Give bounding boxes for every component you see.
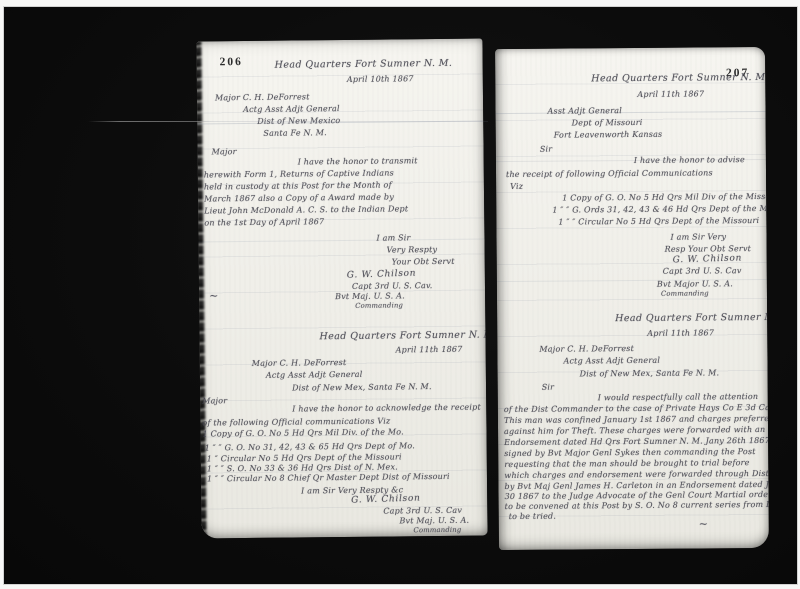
handwriting-salutation: Sir	[542, 383, 555, 392]
handwriting-date: April 11th 1867	[647, 328, 714, 338]
handwriting-closing-line: I am Sir Very	[670, 232, 726, 241]
handwriting-rank-line: Bvt Major U. S. A.	[657, 279, 733, 289]
handwriting-body-line: the receipt of following Official Commun…	[506, 168, 713, 179]
handwriting-address-line: Actg Asst Adjt General	[266, 370, 363, 380]
handwriting-heading: Head Quarters Fort Sumner N. M.	[591, 73, 769, 83]
ledger-page-right: 207 Head Quarters Fort Sumner N. M. Apri…	[495, 47, 769, 550]
handwriting-rank-line: Capt 3rd U. S. Cav	[383, 506, 462, 516]
handwriting-list-line: 1 Copy of G. O. No 5 Hd Qrs Mil Div of t…	[562, 192, 769, 203]
handwriting-body-line: signed by Bvt Major Genl Sykes then comm…	[504, 447, 756, 458]
handwriting-address-line: Actg Asst Adjt General	[563, 356, 660, 366]
handwriting-date: April 11th 1867	[396, 345, 463, 355]
ink-stray-mark: ~	[209, 291, 219, 300]
handwriting-address-line: Major C. H. DeForrest	[215, 92, 310, 102]
handwriting-closing-line: Resp Your Obt Servt	[665, 244, 752, 254]
handwriting-date: April 10th 1867	[347, 74, 414, 84]
handwriting-commanding-line: Commanding	[413, 526, 461, 536]
handwriting-address-line: Actg Asst Adjt General	[243, 104, 340, 114]
handwriting-body-line: Endorsement dated Hd Qrs Fort Sumner N. …	[504, 436, 769, 447]
handwriting-address-line: Santa Fe N. M.	[263, 128, 327, 138]
handwriting-list-line: 1 ″ ″ Circular No 8 Chief Qr Master Dept…	[207, 472, 450, 484]
handwriting-body-line: to be tried.	[509, 512, 556, 521]
handwriting-list-line: 1 ″ ″ Circular No 5 Hd Qrs Dept of the M…	[558, 216, 759, 227]
handwriting-body-line: Viz	[510, 182, 523, 191]
handwriting-body-line: of the following Official communications…	[202, 417, 390, 428]
torn-binding-edge	[196, 41, 206, 538]
handwriting-body-line: I have the honor to advise	[634, 155, 745, 165]
handwriting-body-line: I have the honor to acknowledge the rece…	[292, 403, 481, 414]
handwriting-address-line: Asst Adjt General	[547, 106, 622, 116]
handwriting-address-line: Dept of Missouri	[572, 118, 643, 128]
handwriting-body-line: on the 1st Day of April 1867	[204, 217, 324, 227]
handwriting-address-line: Major C. H. DeForrest	[252, 358, 347, 368]
ledger-page-left: 206 Head Quarters Fort Sumner N. M. Apri…	[196, 39, 487, 539]
handwriting-body-line: of the Dist Commander to the case of Pri…	[504, 403, 769, 414]
ink-squiggle-mark: ~	[699, 519, 708, 528]
handwriting-body-line: March 1867 also a Copy of a Award made b…	[204, 192, 394, 203]
handwriting-address-line: Dist of New Mex, Santa Fe N. M.	[580, 368, 720, 378]
handwriting-heading: Head Quarters Fort Sumner N. M.	[615, 313, 769, 323]
handwriting-body-line: which charges and endorsement were forwa…	[504, 469, 769, 480]
handwriting-address-line: Dist of New Mex, Santa Fe N. M.	[292, 382, 432, 392]
handwriting-rank-line: Bvt Maj. U. S. A.	[399, 516, 469, 526]
handwriting-body-line: This man was confined January 1st 1867 a…	[504, 414, 769, 425]
handwriting-salutation: Major	[202, 396, 227, 405]
handwriting-body-line: held in custody at this Post for the Mon…	[204, 180, 392, 191]
handwriting-closing-line: Your Obt Servt	[392, 257, 455, 267]
handwriting-rank-line: Capt 3rd U. S. Cav.	[352, 281, 433, 291]
microfilm-scan-area: 206 Head Quarters Fort Sumner N. M. Apri…	[4, 7, 797, 584]
handwriting-list-line: 1 ″ ″ G. O. No 31, 42, 43 & 65 Hd Qrs De…	[205, 441, 415, 452]
handwriting-rank-line: Capt 3rd U. S. Cav	[663, 266, 742, 276]
handwriting-body-line: Lieut John McDonald A. C. S. to the Indi…	[204, 204, 408, 215]
handwriting-closing-line: I am Sir	[376, 233, 410, 242]
handwriting-body-line: I would respectfully call the attention	[598, 392, 759, 402]
handwriting-signature: G. W. Chilson	[673, 254, 743, 265]
handwriting-list-line: 1 ″ ″ G. Ords 31, 42, 43 & 46 Hd Qrs Dep…	[552, 204, 769, 215]
handwriting-heading: Head Quarters Fort Sumner N. M.	[275, 59, 453, 70]
handwriting-closing-line: Very Respty	[387, 245, 438, 255]
handwriting-signature: G. W. Chilson	[351, 494, 421, 505]
handwriting-date: April 11th 1867	[637, 89, 704, 99]
ruled-line	[496, 111, 766, 114]
handwriting-address-line: Fort Leavenworth Kansas	[554, 130, 663, 140]
handwriting-body-line: herewith Form 1, Returns of Captive Indi…	[204, 168, 394, 179]
page-number-206: 206	[220, 56, 243, 68]
film-scratch-line	[88, 121, 488, 122]
handwriting-body-line: I have the honor to transmit	[298, 156, 418, 166]
handwriting-signature: G. W. Chilson	[347, 269, 417, 280]
handwriting-commanding-line: Commanding	[355, 301, 403, 311]
photostat-frame: 206 Head Quarters Fort Sumner N. M. Apri…	[0, 0, 800, 589]
handwriting-commanding-line: Commanding	[661, 289, 709, 298]
handwriting-body-line: requesting that the man should be brough…	[504, 458, 749, 469]
handwriting-salutation: Sir	[540, 145, 553, 154]
handwriting-rank-line: Bvt Maj. U. S. A.	[335, 291, 405, 301]
handwriting-list-line: 1 Copy of G. O. No 5 Hd Qrs Mil Div. of …	[202, 427, 403, 438]
handwriting-heading: Head Quarters Fort Sumner N. M.	[319, 330, 487, 341]
handwriting-body-line: against him for Theft. These charges wer…	[504, 425, 765, 436]
handwriting-body-line: to be convened at this Post by S. O. No …	[505, 500, 769, 511]
handwriting-salutation: Major	[212, 147, 237, 156]
handwriting-address-line: Major C. H. DeForrest	[539, 344, 634, 354]
ruled-line	[198, 239, 484, 243]
